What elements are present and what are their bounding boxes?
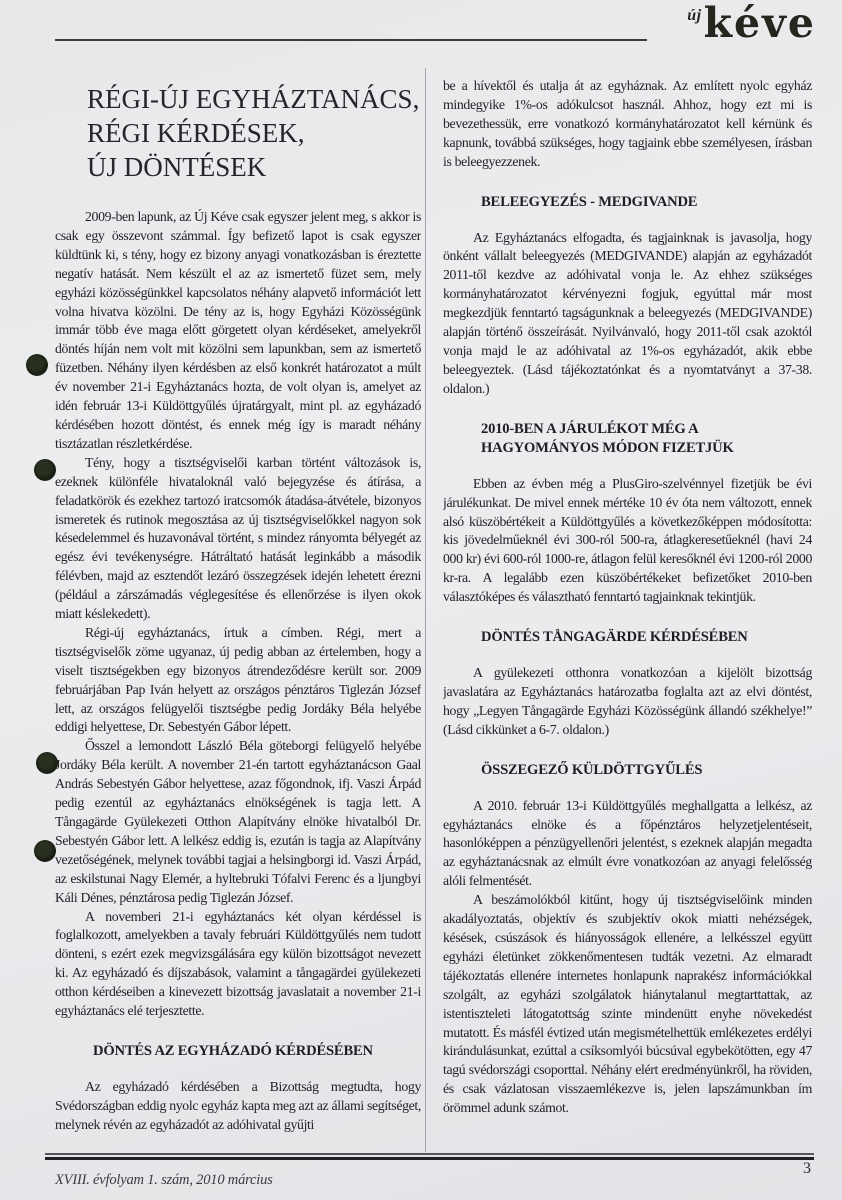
hole-punch-icon xyxy=(34,459,56,481)
hole-punch-icon xyxy=(34,840,56,862)
section-heading: DÖNTÉS TÅNGAGÄRDE KÉRDÉSÉBEN xyxy=(443,628,812,647)
paragraph: Az egyházadó kérdésében a Bizottság megt… xyxy=(55,1078,421,1135)
title-line: RÉGI-ÚJ EGYHÁZTANÁCS, xyxy=(87,82,421,116)
section-heading: ÖSSZEGEZŐ KÜLDÖTTGYŰLÉS xyxy=(443,761,812,780)
footer-issue-info: XVIII. évfolyam 1. szám, 2010 március xyxy=(55,1172,273,1189)
paragraph: Ősszel a lemondott László Béla göteborgi… xyxy=(55,737,421,907)
paragraph: A beszámolókból kitűnt, hogy új tisztség… xyxy=(443,891,812,1118)
paragraph: A gyülekezeti otthonra vonatkozóan a kij… xyxy=(443,664,812,740)
paragraph: Ebben az évben még a PlusGiro-szelvénnye… xyxy=(443,475,812,607)
title-line: ÚJ DÖNTÉSEK xyxy=(87,150,421,184)
logo-word: kéve xyxy=(704,2,816,44)
article-columns: RÉGI-ÚJ EGYHÁZTANÁCS, RÉGI KÉRDÉSEK, ÚJ … xyxy=(55,68,812,1152)
footer-rule xyxy=(45,1153,814,1160)
column-divider xyxy=(425,68,426,1152)
left-column: RÉGI-ÚJ EGYHÁZTANÁCS, RÉGI KÉRDÉSEK, ÚJ … xyxy=(55,68,421,1152)
paragraph: A 2010. február 13-i Küldöttgyűlés megha… xyxy=(443,797,812,892)
paragraph: be a hívektől és utalja át az egyháznak.… xyxy=(443,77,812,172)
paragraph: Tény, hogy a tisztségviselői karban tört… xyxy=(55,454,421,624)
right-column: be a hívektől és utalja át az egyháznak.… xyxy=(443,68,812,1152)
title-line: RÉGI KÉRDÉSEK, xyxy=(87,116,421,150)
section-heading: BELEEGYEZÉS - MEDGIVANDE xyxy=(443,193,812,212)
masthead-rule xyxy=(55,39,647,41)
logo-prefix: új xyxy=(687,7,701,25)
article-title: RÉGI-ÚJ EGYHÁZTANÁCS, RÉGI KÉRDÉSEK, ÚJ … xyxy=(87,82,421,184)
footer-page-number: 3 xyxy=(803,1160,811,1178)
paragraph: Régi-új egyháztanács, írtuk a címben. Ré… xyxy=(55,624,421,737)
paragraph: Az Egyháztanács elfogadta, és tagjainkna… xyxy=(443,229,812,399)
section-heading: 2010-BEN A JÁRULÉKOT MÉG A HAGYOMÁNYOS M… xyxy=(443,420,812,458)
scanned-newsletter-page: új kéve RÉGI-ÚJ EGYHÁZTANÁCS, RÉGI KÉRDÉ… xyxy=(0,0,842,1200)
paragraph: 2009-ben lapunk, az Új Kéve csak egyszer… xyxy=(55,208,421,454)
hole-punch-icon xyxy=(26,354,48,376)
newsletter-logo: új kéve xyxy=(687,2,816,44)
section-heading: DÖNTÉS AZ EGYHÁZADÓ KÉRDÉSÉBEN xyxy=(55,1042,421,1061)
paragraph: A novemberi 21-i egyháztanács két olyan … xyxy=(55,908,421,1021)
